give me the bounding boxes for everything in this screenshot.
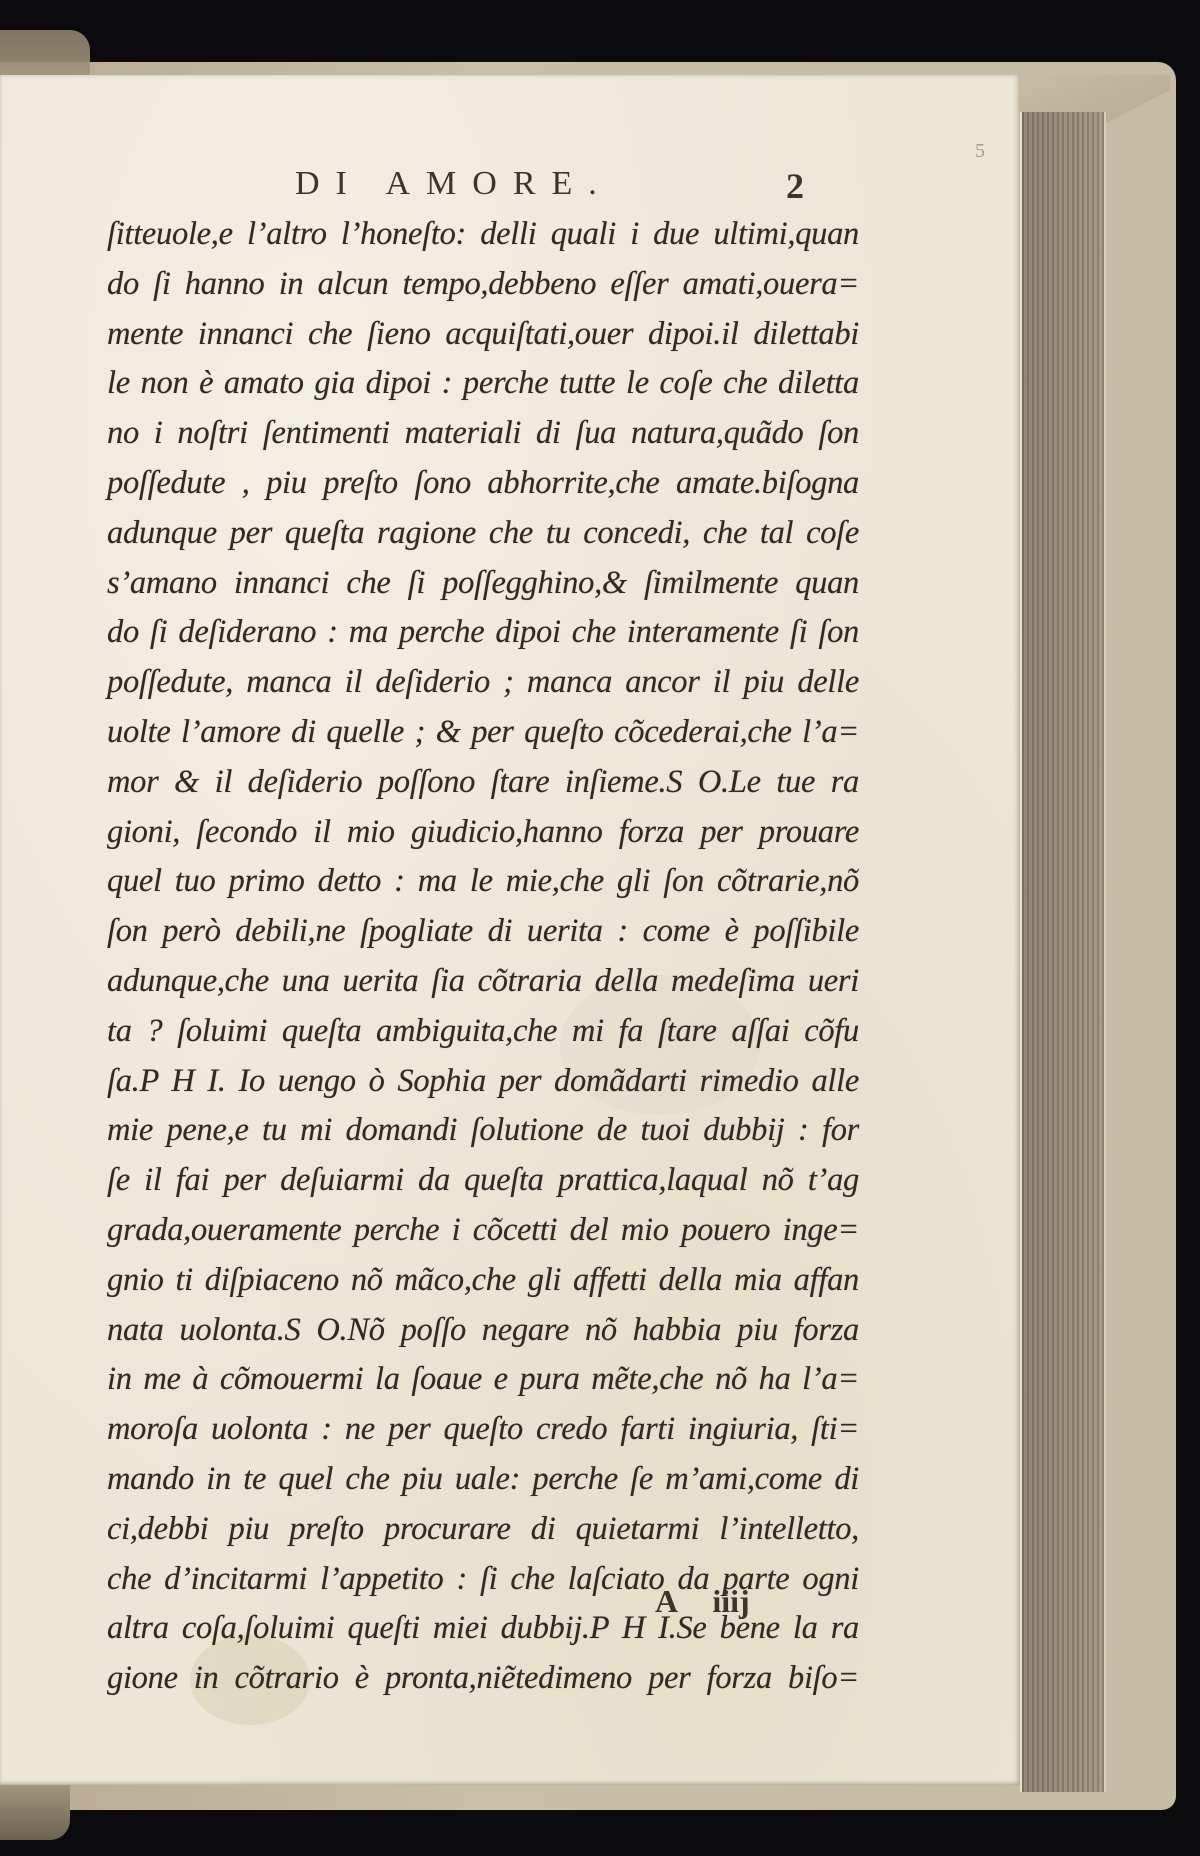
text-line: mie pene,e tu mi domandi ſolutione de tu… [107, 1106, 859, 1156]
text-line: gnio ti diſpiaceno nõ mãco,che gli affet… [107, 1256, 859, 1306]
text-line: in me à cõmouermi la ſoaue e pura mẽte,c… [107, 1355, 859, 1405]
text-line: ſitteuole,e l’altro l’honeſto: delli qua… [107, 210, 859, 260]
text-line: grada,oueramente perche i cõcetti del mi… [107, 1206, 859, 1256]
text-line: adunque,che una uerita ſia cõtraria dell… [107, 957, 859, 1007]
pencil-folio-mark: 5 [975, 140, 985, 163]
text-line: le non è amato gia dipoi : perche tutte … [107, 359, 859, 409]
signature-mark: A iiij [655, 1583, 750, 1620]
body-text: ſitteuole,e l’altro l’honeſto: delli qua… [107, 210, 859, 1704]
text-line: gione in cõtrario è pronta,niẽtedimeno p… [107, 1654, 859, 1704]
text-line: ſa.P H I. Io uengo ò Sophia per domãdart… [107, 1057, 859, 1107]
text-line: quel tuo primo detto : ma le mie,che gli… [107, 857, 859, 907]
text-line: no i noſtri ſentimenti materiali di ſua … [107, 409, 859, 459]
text-line: ta ? ſoluimi queſta ambiguita,che mi fa … [107, 1007, 859, 1057]
text-line: mente innanci che ſieno acquiſtati,ouer … [107, 310, 859, 360]
text-line: ſe il fai per deſuiarmi da queſta pratti… [107, 1156, 859, 1206]
running-head: DI AMORE. 2 [0, 165, 1020, 205]
text-block-fore-edge [1020, 112, 1106, 1792]
text-line: ſon però debili,ne ſpogliate di uerita :… [107, 907, 859, 957]
text-line: nata uolonta.S O.Nõ poſſo negare nõ habb… [107, 1306, 859, 1356]
text-line: mando in te quel che piu uale: perche ſe… [107, 1455, 859, 1505]
text-line: moroſa uolonta : ne per queſto credo far… [107, 1405, 859, 1455]
text-line: ci,debbi piu preſto procurare di quietar… [107, 1505, 859, 1555]
text-line: do ſi deſiderano : ma perche dipoi che i… [107, 608, 859, 658]
text-line: gioni, ſecondo il mio giudicio,hanno for… [107, 808, 859, 858]
book-photograph: 5 DI AMORE. 2 ſitteuole,e l’altro l’hone… [0, 0, 1200, 1856]
text-line: poſſedute , piu preſto ſono abhorrite,ch… [107, 459, 859, 509]
page-number: 2 [786, 165, 804, 207]
text-line: mor & il deſiderio poſſono ſtare inſieme… [107, 758, 859, 808]
text-line: adunque per queſta ragione che tu conced… [107, 509, 859, 559]
book-page: 5 DI AMORE. 2 ſitteuole,e l’altro l’hone… [0, 75, 1020, 1785]
cover-spine-fray-bottom [0, 1780, 70, 1840]
text-line: poſſedute, manca il deſiderio ; manca an… [107, 658, 859, 708]
text-line: s’amano innanci che ſi poſſegghino,& ſim… [107, 559, 859, 609]
text-line: do ſi hanno in alcun tempo,debbeno eſſer… [107, 260, 859, 310]
text-line: uolte l’amore di quelle ; & per queſto c… [107, 708, 859, 758]
running-title: DI AMORE. [295, 165, 613, 203]
